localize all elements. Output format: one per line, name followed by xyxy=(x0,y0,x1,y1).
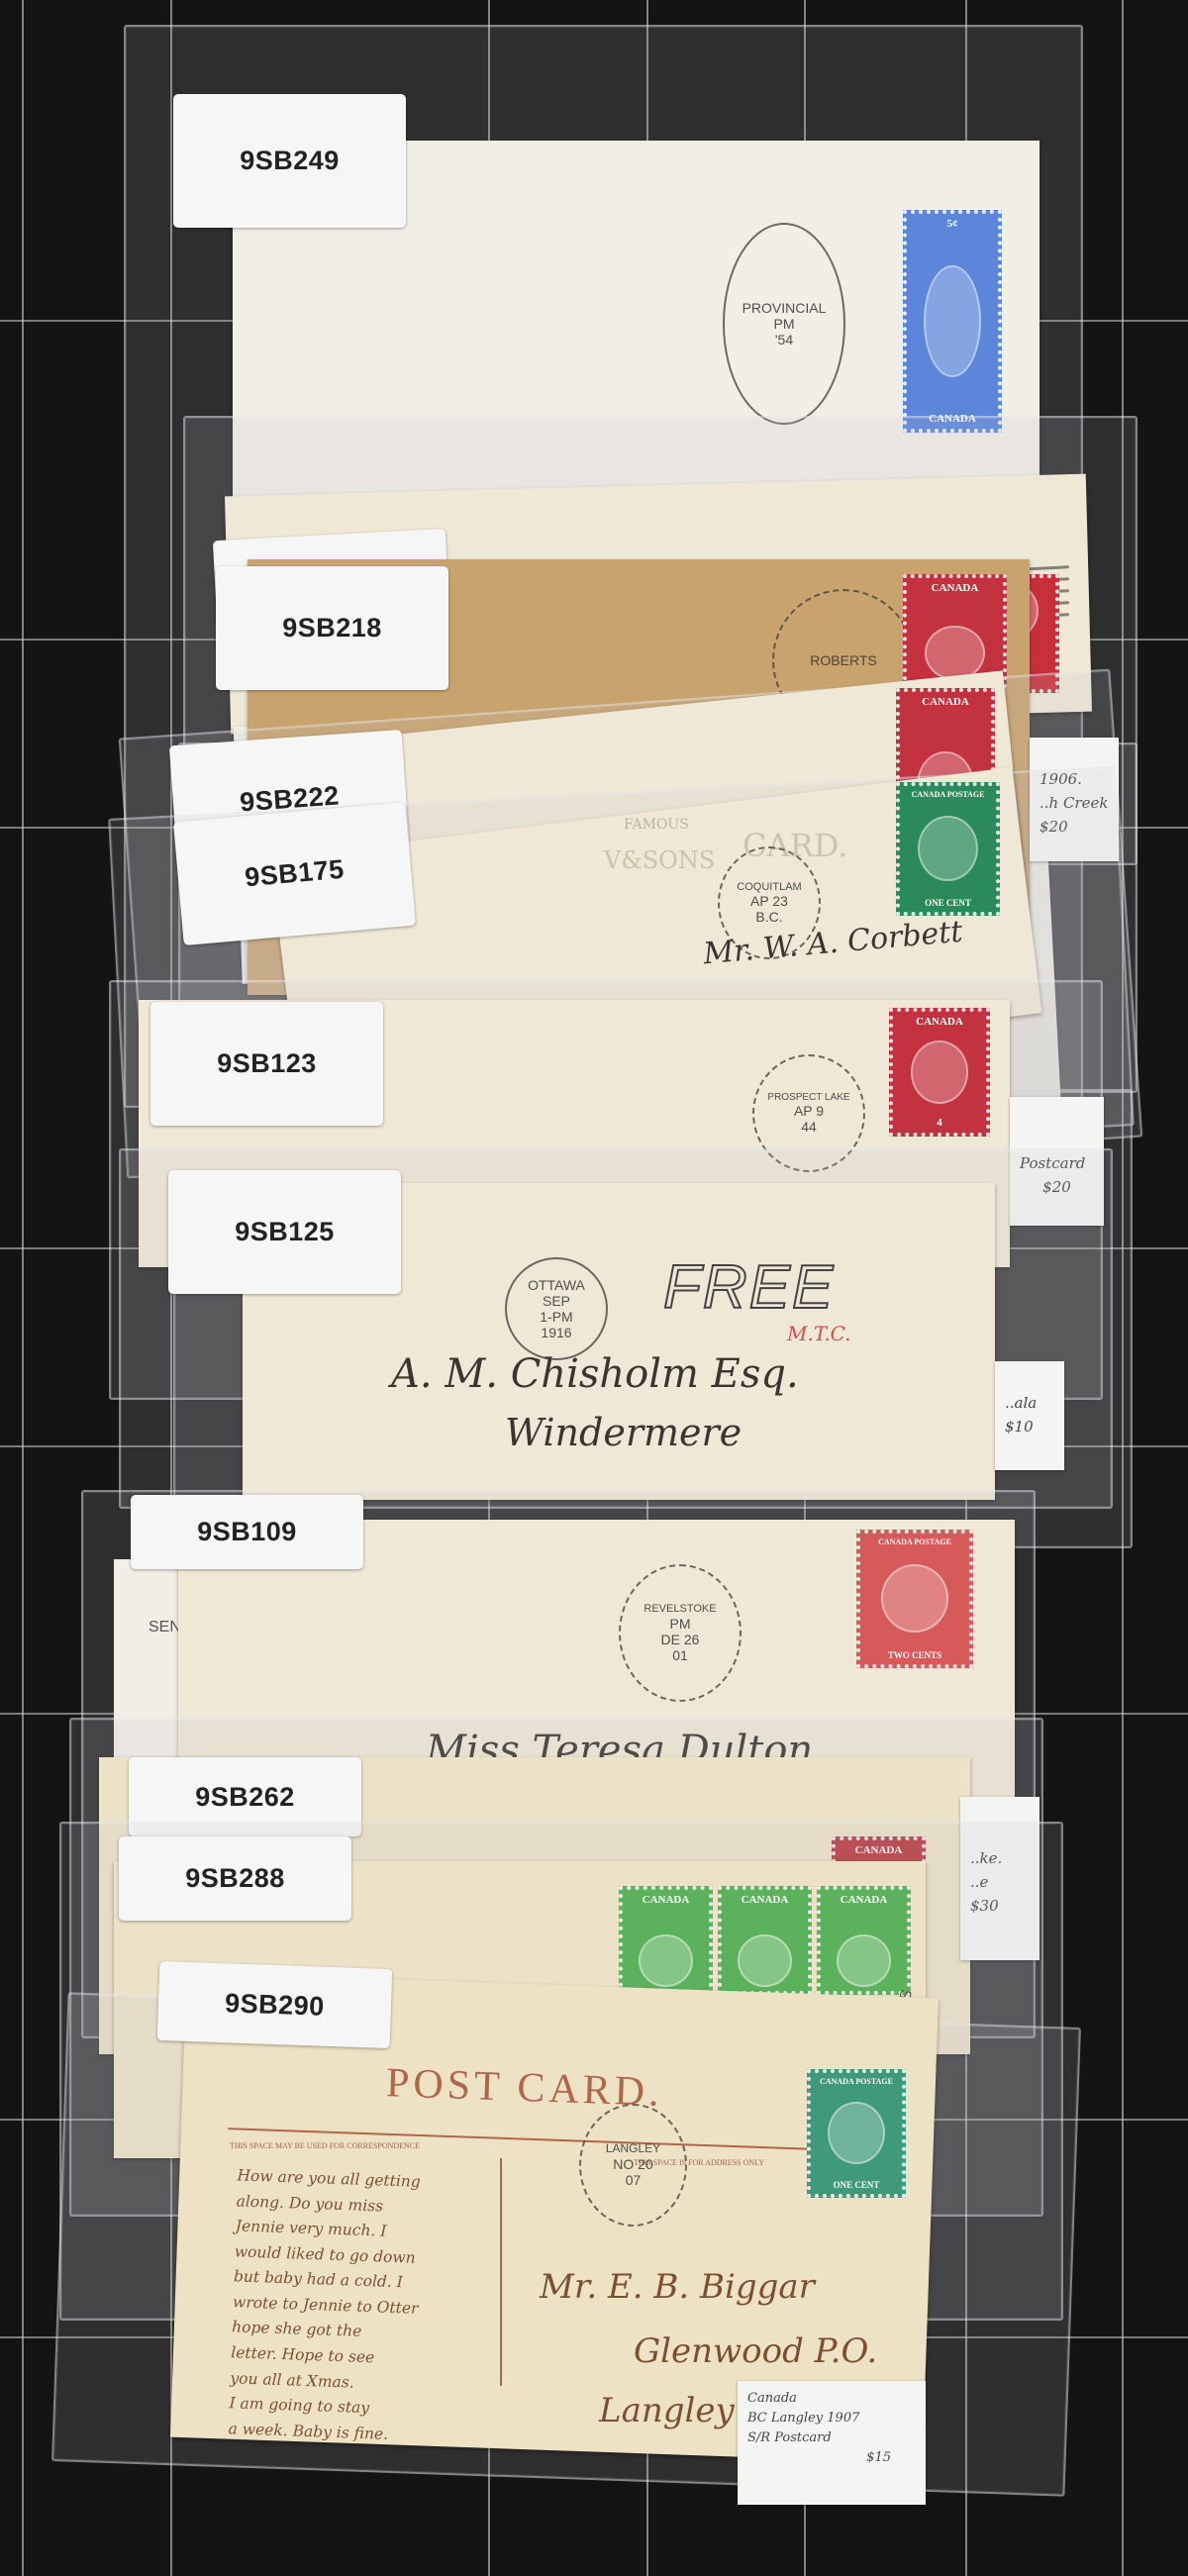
stamp-country: CANADA POSTAGE xyxy=(820,2077,893,2086)
postmark-9SB249: PROVINCIAL PM '54 xyxy=(723,223,845,425)
stamp-9SB175: CANADA POSTAGEONE CENT xyxy=(896,782,1000,916)
tag-line: ..ala xyxy=(1005,1391,1054,1415)
postmark-text: PROVINCIAL xyxy=(742,300,827,316)
lot-label-9SB218: 9SB218 xyxy=(216,566,448,690)
correspondence-caption: THIS SPACE MAY BE USED FOR CORRESPONDENC… xyxy=(230,2141,420,2150)
printed-vsons: V&SONS xyxy=(604,846,715,874)
tag-price: $15 xyxy=(747,2448,916,2468)
postmark-text: NO 20 xyxy=(613,2156,652,2172)
stamp-value: 5¢ xyxy=(947,218,958,230)
postmark-text: PM xyxy=(774,316,795,332)
lot-label-9SB249: 9SB249 xyxy=(173,94,406,228)
message-text: How are you all getting along. Do you mi… xyxy=(228,2163,505,2450)
postmark-text: 1-PM xyxy=(540,1309,572,1325)
lot-label-9SB288: 9SB288 xyxy=(119,1836,351,1921)
king-portrait-icon xyxy=(925,626,984,680)
king-portrait-icon xyxy=(828,2102,884,2164)
postmark-9SB290: LANGLEY NO 20 07 xyxy=(579,2104,687,2227)
stamp-country: CANADA xyxy=(742,1894,789,1906)
tag-line: BC Langley 1907 xyxy=(747,2409,916,2428)
stamp-value: ONE CENT xyxy=(834,2180,880,2190)
stamp-country: CANADA POSTAGE xyxy=(912,790,985,799)
king-portrait-icon xyxy=(918,816,977,881)
stamp-9SB109: CANADA POSTAGETWO CENTS xyxy=(856,1530,973,1668)
postmark-text: 07 xyxy=(626,2172,642,2188)
lot-label-9SB290: 9SB290 xyxy=(157,1961,393,2048)
red-mark: M.T.C. xyxy=(787,1322,851,1345)
stamp-country: CANADA xyxy=(916,1016,963,1028)
stamp-value: ONE CENT xyxy=(925,898,971,908)
price-tag-9SB125: ..ala $10 xyxy=(995,1361,1064,1470)
postmark-text: LANGLEY xyxy=(606,2142,660,2156)
printed-famous: FAMOUS xyxy=(624,817,689,833)
tag-price: $10 xyxy=(1005,1415,1054,1438)
king-portrait-icon xyxy=(911,1040,969,1103)
stamp-9SB290: CANADA POSTAGEONE CENT xyxy=(807,2069,906,2198)
queen-portrait-icon xyxy=(924,265,980,377)
handwriting-place: Windermere xyxy=(505,1411,742,1454)
queen-portrait-icon xyxy=(881,1564,948,1632)
postmark-text: OTTAWA xyxy=(528,1277,585,1293)
postmark-text: AP 9 xyxy=(794,1103,824,1119)
lot-label-9SB125: 9SB125 xyxy=(168,1170,401,1294)
stamp-country: CANADA xyxy=(922,696,969,708)
king-portrait-icon xyxy=(639,1934,692,1987)
stamp-value: TWO CENTS xyxy=(888,1650,941,1660)
stamp-country: CANADA xyxy=(932,582,979,594)
king-portrait-icon xyxy=(738,1934,791,1987)
stamp-9SB288-3: CANADA xyxy=(817,1886,911,1995)
handwriting-addressee: A. M. Chisholm Esq. xyxy=(391,1351,799,1397)
stamp-9SB249: 5¢ CANADA xyxy=(903,210,1002,433)
postmark-text: REVELSTOKE xyxy=(643,1603,716,1616)
postmark-text: PROSPECT LAKE xyxy=(767,1092,849,1104)
lot-label-9SB175: 9SB175 xyxy=(173,802,416,945)
postmark-text: '54 xyxy=(775,332,793,347)
postmark-text: 44 xyxy=(801,1119,817,1135)
postmark-text: B.C. xyxy=(755,909,782,925)
king-portrait-icon xyxy=(837,1934,890,1987)
stamp-9SB123: CANADA4 xyxy=(889,1008,990,1137)
stamp-country: CANADA POSTAGE xyxy=(878,1537,951,1546)
price-tag-9SB290: Canada BC Langley 1907 S/R Postcard $15 xyxy=(738,2381,926,2505)
postmark-text: DE 26 xyxy=(661,1632,700,1647)
free-cancel: FREE xyxy=(663,1252,835,1323)
postmark-text: COQUITLAM xyxy=(737,881,801,894)
stamp-country: CANADA xyxy=(643,1894,690,1906)
postmark-text: PM xyxy=(670,1616,691,1632)
postmark-text: 1916 xyxy=(541,1325,571,1340)
lot-label-9SB123: 9SB123 xyxy=(150,1002,383,1126)
stamp-country: CANADA xyxy=(841,1894,888,1906)
stamp-9SB288-2: CANADA xyxy=(718,1886,812,1995)
lot-label-9SB109: 9SB109 xyxy=(131,1495,363,1569)
side-text: SEN xyxy=(148,1619,181,1636)
tag-line: S/R Postcard xyxy=(747,2428,916,2448)
postmark-text: SEP xyxy=(543,1293,570,1309)
postmark-9SB125: OTTAWA SEP 1-PM 1916 xyxy=(505,1257,608,1360)
postmark-text: ROBERTS xyxy=(810,652,876,668)
postmark-9SB109: REVELSTOKE PM DE 26 01 xyxy=(619,1564,742,1702)
stamp-value: 4 xyxy=(937,1117,942,1129)
postmark-text: 01 xyxy=(672,1647,688,1663)
postmark-text: AP 23 xyxy=(750,893,788,909)
stamp-9SB288-1: CANADA xyxy=(619,1886,713,1995)
address-line-3: Langley xyxy=(599,2391,735,2430)
address-line-1: Mr. E. B. Biggar xyxy=(540,2267,815,2307)
tag-line: Canada xyxy=(747,2389,916,2409)
address-line-2: Glenwood P.O. xyxy=(634,2331,877,2371)
